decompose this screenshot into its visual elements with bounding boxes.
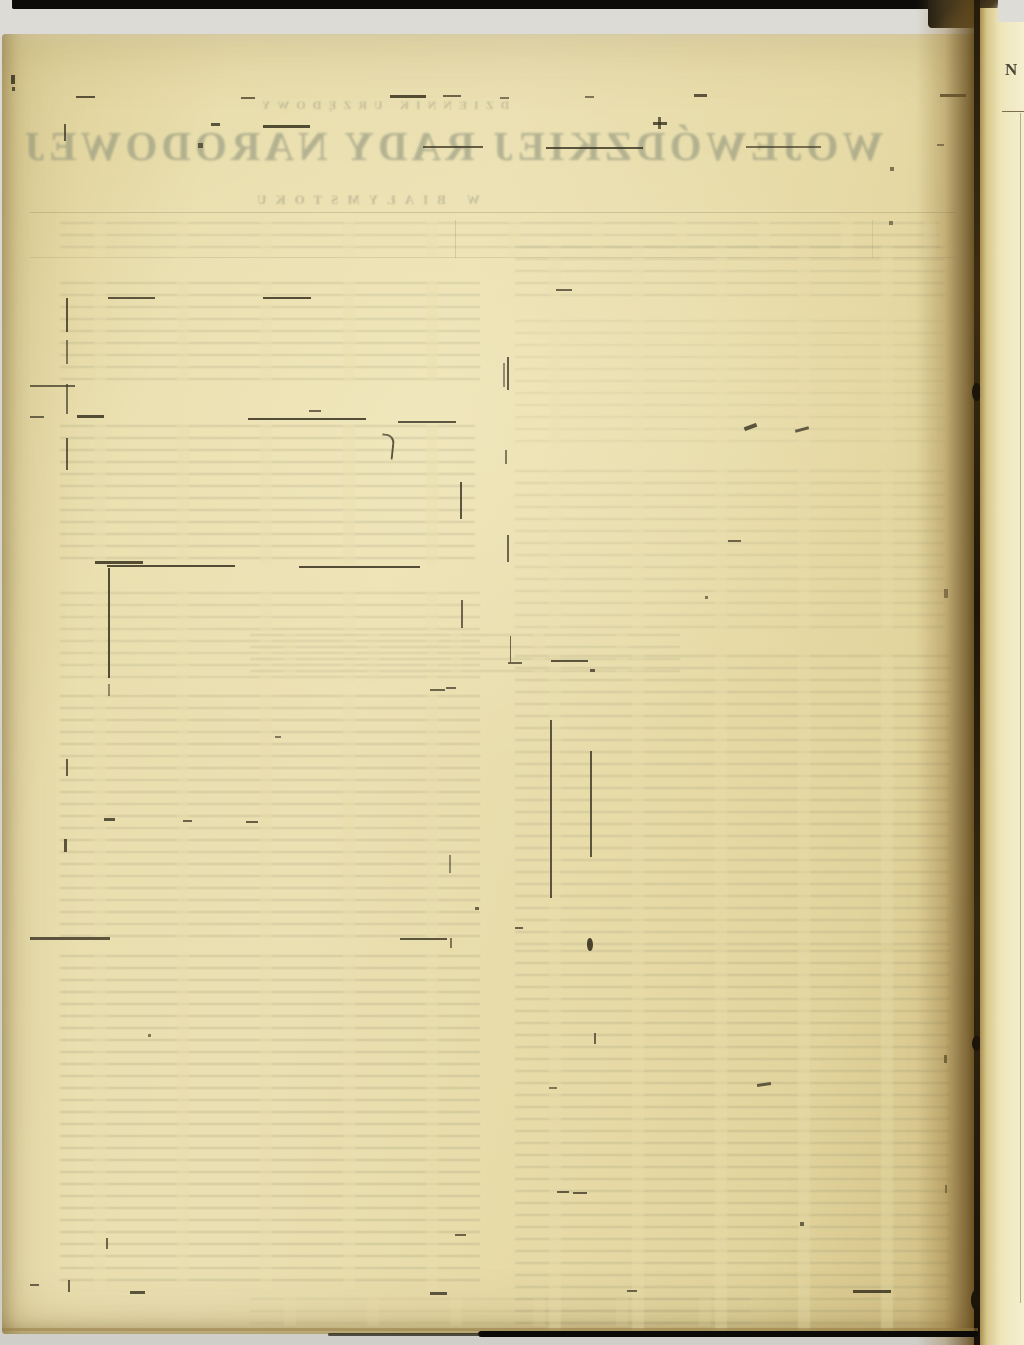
ink-mark: [546, 147, 643, 149]
ink-mark: [66, 759, 68, 776]
ink-mark: [475, 907, 479, 910]
ink-mark: [653, 122, 667, 125]
scan-top-edge-shadow: [12, 0, 974, 9]
ink-mark: [241, 97, 255, 99]
ink-mark: [148, 1034, 151, 1037]
ghost-text-haze: [515, 655, 950, 945]
ink-mark: [107, 565, 235, 567]
ink-mark: [449, 855, 451, 873]
ink-mark: [108, 297, 155, 299]
ink-mark: [30, 1284, 39, 1286]
ink-mark: [248, 418, 366, 420]
ink-mark: [515, 927, 523, 929]
ink-mark: [104, 818, 115, 821]
ink-mark: [557, 1191, 569, 1193]
ink-mark: [594, 1033, 596, 1044]
ink-mark: [211, 123, 220, 126]
ghost-text-haze: [515, 320, 945, 450]
ink-mark: [455, 1234, 466, 1236]
ink-mark: [275, 736, 281, 738]
ghost-text-haze: [515, 246, 945, 301]
ink-mark: [30, 416, 44, 418]
ghost-text-haze: [515, 950, 950, 1330]
ghost-masthead-small: DZIENNIK URZĘDOWY: [230, 98, 534, 113]
binding-gutter-shadow: [916, 0, 980, 1345]
ink-mark: [446, 687, 456, 689]
ink-mark: [627, 1290, 637, 1292]
ink-mark: [508, 662, 522, 664]
ink-mark: [507, 535, 509, 562]
ink-mark: [889, 221, 893, 225]
ink-mark: [299, 566, 420, 568]
ink-mark: [430, 1292, 447, 1295]
next-page-rule-vertical: [1020, 113, 1021, 1303]
ink-mark: [443, 95, 461, 97]
ink-mark: [77, 415, 104, 418]
ink-mark: [309, 410, 321, 412]
ink-mark: [66, 438, 68, 470]
ink-mark: [30, 937, 110, 940]
next-page-sliver: [980, 8, 1024, 1345]
ink-mark: [68, 1280, 70, 1292]
ink-mark: [460, 482, 462, 519]
ink-mark: [183, 820, 192, 822]
ink-mark: [705, 596, 708, 599]
ink-mark: [800, 1222, 804, 1226]
next-page-top-notch: [998, 0, 1024, 22]
ghost-text-haze: [60, 695, 480, 940]
ink-mark: [746, 146, 821, 148]
ink-mark: [130, 1291, 145, 1294]
ink-mark: [263, 297, 311, 299]
ink-mark: [573, 1192, 587, 1194]
ghost-text-haze: [250, 1298, 750, 1326]
ink-mark: [95, 561, 143, 564]
ink-mark: [590, 751, 592, 857]
ink-mark: [246, 821, 258, 823]
ghost-rule: [30, 212, 955, 213]
ink-mark: [585, 96, 594, 98]
ink-mark: [198, 143, 203, 148]
ink-mark: [64, 124, 66, 141]
ink-mark: [694, 94, 707, 97]
ink-mark: [556, 289, 572, 291]
next-page-rule-horizontal: [1002, 111, 1024, 112]
ink-mark: [461, 600, 463, 628]
ink-mark: [503, 363, 505, 387]
ink-mark: [76, 96, 95, 98]
ghost-text-haze: [60, 955, 480, 1290]
ghost-text-haze: [515, 470, 945, 630]
ink-mark: [390, 95, 426, 98]
ink-mark: [398, 421, 456, 423]
ink-mark: [728, 540, 741, 542]
ink-mark: [64, 839, 67, 852]
ink-mark: [551, 660, 588, 662]
ink-mark: [550, 720, 552, 898]
ink-mark: [853, 1290, 891, 1293]
ink-mark: [66, 298, 68, 332]
ink-mark: [108, 684, 110, 696]
ink-mark: [423, 146, 483, 148]
ink-mark: [505, 450, 507, 464]
ink-mark: [450, 938, 452, 948]
ink-mark: [587, 938, 593, 951]
ink-mark: [30, 385, 75, 387]
ink-mark: [11, 75, 15, 84]
ink-mark: [430, 689, 445, 691]
gazette-blank-verso-page: DZIENNIK URZĘDOWY WOJEWÓDZKIEJ RADY NARO…: [2, 34, 980, 1334]
ink-mark: [12, 87, 15, 91]
ink-mark: [510, 636, 511, 662]
ghost-masthead-subtitle: W BIAŁYMSTOKU: [243, 192, 485, 208]
ink-mark: [890, 167, 894, 171]
ink-mark: [590, 669, 595, 672]
next-page-letter: N: [1005, 60, 1024, 80]
ink-mark: [400, 938, 447, 940]
ink-mark: [507, 357, 509, 390]
ink-mark: [66, 384, 68, 414]
ink-mark: [108, 568, 110, 678]
ink-mark: [549, 1087, 557, 1089]
ink-hook-squiggle: [380, 433, 396, 459]
scan-bottom-edge-shadow-thin: [328, 1333, 480, 1336]
ink-mark: [263, 125, 310, 128]
ink-mark: [66, 340, 68, 364]
scan-bottom-edge-shadow: [478, 1331, 978, 1337]
ink-mark: [106, 1238, 108, 1249]
scanned-book-page-photo: DZIENNIK URZĘDOWY WOJEWÓDZKIEJ RADY NARO…: [0, 0, 1024, 1345]
ghost-text-haze: [60, 425, 475, 565]
ink-mark: [500, 97, 509, 99]
